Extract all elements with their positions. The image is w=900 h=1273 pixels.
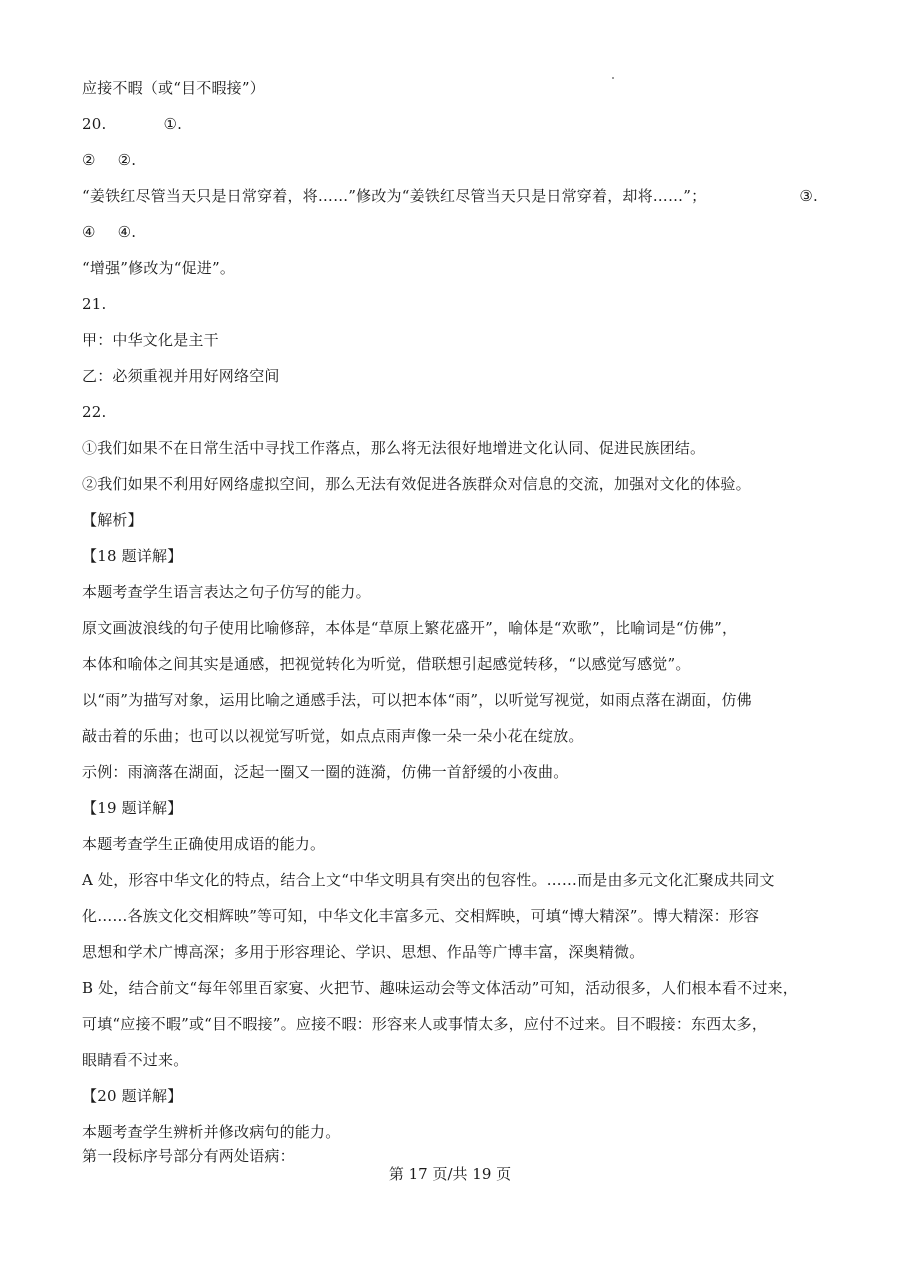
q18-detail-heading: 【18 题详解】	[82, 546, 182, 566]
answer-21-yi: 乙：必须重视并用好网络空间	[82, 366, 280, 386]
q18-example: 示例：雨滴落在湖面，泛起一圈又一圈的涟漪，仿佛一首舒缓的小夜曲。	[82, 762, 568, 782]
page-footer: 第 17 页/共 19 页	[0, 1164, 900, 1184]
q19-paragraph: B 处，结合前文“每年邻里百家宴、火把节、趣味运动会等文体活动”可知，活动很多，…	[82, 978, 798, 998]
answer-20-correction-1: “姜铁红尽管当天只是日常穿着，将……”修改为“姜铁红尽管当天只是日常穿着，却将……	[82, 186, 818, 206]
answer-22-item-1: ①我们如果不在日常生活中寻找工作落点，那么将无法很好地增进文化认同、促进民族团结…	[82, 438, 705, 458]
question-number: 20.	[82, 115, 106, 133]
q19-paragraph: 眼睛看不过来。	[82, 1050, 188, 1070]
marker-1: ①.	[163, 114, 182, 134]
scan-speck	[612, 77, 614, 79]
answer-20-item-4: ④④.	[82, 222, 136, 242]
q18-paragraph: 本题考查学生语言表达之句子仿写的能力。	[82, 582, 371, 602]
q19-paragraph: 本题考查学生正确使用成语的能力。	[82, 834, 325, 854]
correction-text: “姜铁红尽管当天只是日常穿着，将……”修改为“姜铁红尽管当天只是日常穿着，却将……	[82, 187, 706, 205]
q19-paragraph: 思想和学术广博高深；多用于形容理论、学识、思想、作品等广博丰富，深奥精微。	[82, 942, 644, 962]
q18-paragraph: 以“雨”为描写对象，运用比喻之通感手法，可以把本体“雨”，以听觉写视觉，如雨点落…	[82, 690, 752, 710]
q18-paragraph: 原文画波浪线的句子使用比喻修辞，本体是“草原上繁花盛开”，喻体是“欢歌”，比喻词…	[82, 618, 737, 638]
q19-detail-heading: 【19 题详解】	[82, 798, 182, 818]
document-page: 应接不暇（或“目不暇接”） 20.①. ②②. “姜铁红尽管当天只是日常穿着，将…	[0, 0, 900, 1273]
answer-20-item-2: ②②.	[82, 150, 136, 170]
analysis-heading: 【解析】	[82, 510, 143, 530]
answer-20-correction-2: “增强”修改为“促进”。	[82, 258, 235, 278]
answer-22-header: 22.	[82, 402, 106, 422]
answer-22-item-2: ②我们如果不利用好网络虚拟空间，那么无法有效促进各族群众对信息的交流，加强对文化…	[82, 474, 751, 494]
q18-paragraph: 敲击着的乐曲；也可以以视觉写听觉，如点点雨声像一朵一朵小花在绽放。	[82, 726, 584, 746]
q20-detail-heading: 【20 题详解】	[82, 1086, 182, 1106]
marker-3: ③.	[799, 186, 818, 206]
q20-paragraph: 第一段标序号部分有两处语病：	[82, 1146, 295, 1166]
answer-20-header: 20.①.	[82, 114, 182, 134]
answer-19-b: 应接不暇（或“目不暇接”）	[82, 78, 265, 98]
answer-21-jia: 甲：中华文化是主干	[82, 330, 219, 350]
q20-paragraph: 本题考查学生辨析并修改病句的能力。	[82, 1122, 340, 1142]
answer-21-header: 21.	[82, 294, 106, 314]
marker-4-small: ④	[82, 223, 96, 241]
marker-2: ②.	[118, 150, 137, 170]
q19-paragraph: A 处，形容中华文化的特点，结合上文“中华文明具有突出的包容性。……而是由多元文…	[82, 870, 775, 890]
q18-paragraph: 本体和喻体之间其实是通感，把视觉转化为听觉，借联想引起感觉转移，“以感觉写感觉”…	[82, 654, 691, 674]
marker-4: ④.	[118, 222, 137, 242]
q19-paragraph: 可填“应接不暇”或“目不暇接”。应接不暇：形容来人或事情太多，应付不过来。目不暇…	[82, 1014, 767, 1034]
marker-2-small: ②	[82, 151, 96, 169]
q19-paragraph: 化……各族文化交相辉映”等可知，中华文化丰富多元、交相辉映，可填“博大精深”。博…	[82, 906, 759, 926]
